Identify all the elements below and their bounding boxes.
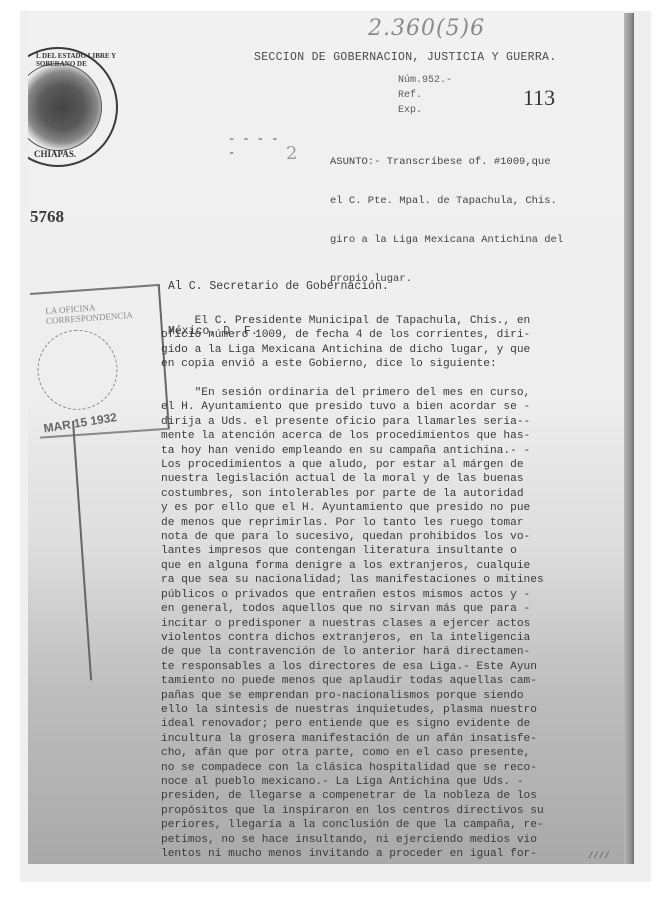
text-line: violentos contra dichos extranjeros, en … [161,631,544,645]
text-line: lantes impresos que contengan literatura… [161,544,544,558]
document-number: Núm.952.- [398,75,452,86]
text-line: mente la atención acerca de los procedim… [161,429,544,443]
text-line: oficio número 1009, de fecha 4 de los co… [161,328,530,342]
scanned-document: 2.360(5)6 SECCION DE GOBERNACION, JUSTIC… [28,13,634,864]
text-line: tamiento no puede menos que aplaudir tod… [161,674,544,688]
text-line: presiden, de llegarse a compenetrar de l… [161,789,544,803]
text-line: cho, afán que por otra parte, como en el… [161,746,544,760]
text-line: no se compadece con la clásica hospitali… [161,761,544,775]
text-line: en general, todos aquellos que no sirvan… [161,602,544,616]
text-line: que en alguna forma denigre a los extran… [161,559,544,573]
text-line: el H. Ayuntamiento que presido tuvo a bi… [161,400,544,414]
subject-line: ASUNTO:- Transcríbese of. #1009,que [330,156,563,169]
text-line: públicos o privados que entrañen estos m… [161,588,544,602]
subject-line: giro a la Liga Mexicana Antichina del [330,234,563,247]
text-line: ta hoy han venido empleando en su campañ… [161,444,544,458]
text-line: incultura la grosera manifestación de un… [161,732,544,746]
addressee-line: Al C. Secretario de Gobernación. [168,279,389,294]
text-line: ra que sea su nacionalidad; las manifest… [161,573,544,587]
subject-line: el C. Pte. Mpal. de Tapachula, Chis. [330,195,563,208]
text-line: propósitos que la inspiraron en los cent… [161,804,544,818]
text-line: incitar o predisponer a nuestras clases … [161,617,544,631]
folio-number: 113 [523,85,555,111]
text-line: en copia envió a este Gobierno, dice lo … [161,357,530,371]
text-line: lentos ni mucho menos invitando a proced… [161,847,544,861]
text-line: costumbres, son intolerables por parte d… [161,487,544,501]
stamp-date: MAR 15 1932 [43,410,118,435]
reference-label: Ref. [398,90,422,101]
text-line: y es por ello que el H. Ayuntamiento que… [161,501,544,515]
text-line: te responsables a los directores de esa … [161,660,544,674]
received-stamp: LA OFICINA CORRESPONDENCIA MAR 15 1932 [30,284,170,439]
seal-label-top: L DEL ESTADO LIBRE Y SOBERANO DE [36,52,116,68]
text-line: Los procedimientos a que aludo, por esta… [161,458,544,472]
intro-paragraph: El C. Presidente Municipal de Tapachula,… [161,314,530,372]
stamp-line [72,421,92,680]
text-line: ello la síntesis de nuestras inquietudes… [161,703,544,717]
quoted-paragraph: "En sesión ordinaria del primero del mes… [161,386,544,861]
text-line: de que la contravención de lo anterior h… [161,645,544,659]
handwritten-reference: 2.360(5)6 [368,16,485,41]
text-line: dirija a Uds. el presente oficio para ll… [161,415,544,429]
margin-mark: 2 [286,143,297,164]
text-line: gido a la Liga Mexicana Antichina de dic… [161,343,530,357]
catchword: //// [588,851,610,861]
page-edge-shadow [624,13,634,864]
text-line: nota de que para lo sucesivo, quedan pro… [161,530,544,544]
text-line: El C. Presidente Municipal de Tapachula,… [161,314,530,328]
stamp-office-text: LA OFICINA CORRESPONDENCIA [45,298,160,326]
registry-number: 5768 [30,207,64,227]
margin-dashes: - - - - [228,132,278,146]
text-line: de menos que reprimirlas. Por lo tanto l… [161,516,544,530]
text-line: "En sesión ordinaria del primero del mes… [161,386,544,400]
text-line: petimos, no se hace insultando, ni ejerc… [161,833,544,847]
text-line: periores, llegaría a la conclusión de qu… [161,818,544,832]
section-heading: SECCION DE GOBERNACION, JUSTICIA Y GUERR… [254,51,556,64]
expediente-label: Exp. [398,105,422,116]
text-line: pañas que se emprendan pro-nacionalismos… [161,689,544,703]
eagle-emblem-icon [28,63,102,151]
postmark-circle-icon [35,327,120,412]
state-seal: L DEL ESTADO LIBRE Y SOBERANO DE CHIAPAS… [28,47,118,167]
text-line: nuestra legislación actual de la moral y… [161,472,544,486]
margin-dash: - [228,146,235,160]
seal-label-bottom: CHIAPAS. [34,149,76,159]
text-line: noce al pueblo mexicano.- La Liga Antich… [161,775,544,789]
text-line: ideal renovador; pero entiende que es si… [161,717,544,731]
